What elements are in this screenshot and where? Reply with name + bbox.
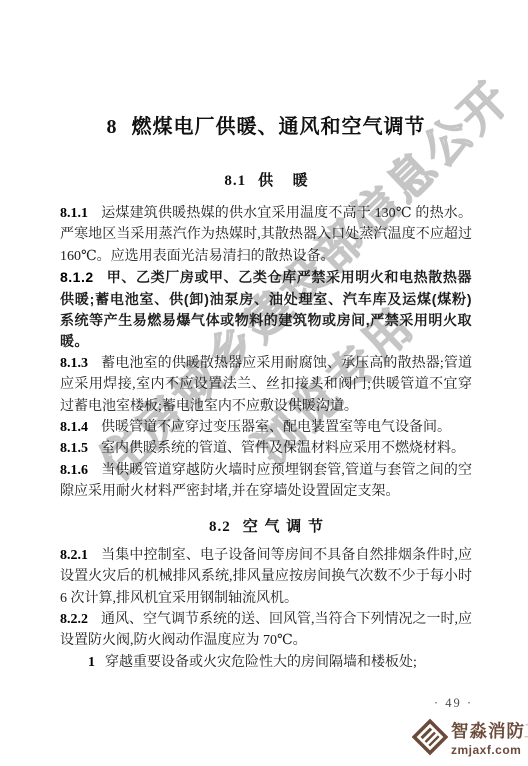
brand-name-strong: 智淼消防	[451, 721, 525, 741]
section-number: 8.1	[224, 173, 246, 189]
page-number: · 49 ·	[434, 696, 473, 711]
clause-text: 运煤建筑供暖热媒的供水宜采用温度不高于 130℃ 的热水。严寒地区当采用蒸汽作为…	[60, 206, 472, 264]
document-content: 8燃煤电厂供暖、通风和空气调节 8.1供暖 8.1.1运煤建筑供暖热媒的供水宜采…	[60, 0, 472, 673]
zmjaxf-diamond-icon	[412, 718, 448, 761]
clauses-8-2: 8.2.1当集中控制室、电子设备间等房间不具备自然排烟条件时,应设置火灾后的机械…	[60, 545, 472, 673]
clause-text: 室内供暖系统的管道、管件及保温材料应采用不燃烧材料。	[101, 441, 465, 456]
clause-number: 8.1.6	[60, 463, 88, 478]
clause-8-1-3: 8.1.3蓄电池室的供暖散热器应采用耐腐蚀、承压高的散热器;管道应采用焊接,室内…	[60, 353, 472, 417]
brand-text: 智淼消防工程 zmjaxf.com	[451, 722, 528, 756]
clause-8-1-6: 8.1.6当供暖管道穿越防火墙时应预埋钢套管,管道与套管之间的空隙应采用耐火材料…	[60, 460, 472, 503]
chapter-title: 燃煤电厂供暖、通风和空气调节	[132, 116, 426, 138]
clause-text: 当集中控制室、电子设备间等房间不具备自然排烟条件时,应设置火灾后的机械排风系统,…	[60, 548, 472, 606]
clause-8-2-2-item-1: 1穿越重要设备或火灾危险性大的房间隔墙和楼板处;	[60, 652, 472, 673]
clause-number: 8.1.2	[60, 269, 94, 285]
clause-text: 当供暖管道穿越防火墙时应预埋钢套管,管道与套管之间的空隙应采用耐火材料严密封堵,…	[60, 463, 472, 499]
clause-text: 通风、空气调节系统的送、回风管,当符合下列情况之一时,应设置防火阀,防火阀动作温…	[60, 612, 472, 648]
section-title: 供暖	[258, 173, 327, 189]
scanned-standard-page: { "chapter": { "num": "8", "title": "燃煤电…	[0, 0, 528, 766]
clause-number: 8.2.2	[60, 612, 88, 627]
section-title: 空气调节	[243, 519, 330, 535]
item-number: 1	[88, 655, 95, 670]
zmjaxf-logo: 智淼消防工程 zmjaxf.com	[412, 718, 528, 761]
clause-8-1-1: 8.1.1运煤建筑供暖热媒的供水宜采用温度不高于 130℃ 的热水。严寒地区当采…	[60, 203, 472, 267]
clause-text: 供暖管道不应穿过变压器室、配电装置室等电气设备间。	[101, 420, 451, 435]
brand-name-faint: 工程	[524, 721, 528, 741]
clause-number: 8.2.1	[60, 548, 88, 563]
chapter-heading: 8燃煤电厂供暖、通风和空气调节	[60, 110, 472, 139]
clause-number: 8.1.3	[60, 356, 88, 371]
clause-8-1-4: 8.1.4供暖管道不应穿过变压器室、配电装置室等电气设备间。	[60, 417, 472, 438]
section-heading-8-1: 8.1供暖	[60, 169, 472, 190]
section-heading-8-2: 8.2空气调节	[60, 515, 472, 536]
clause-8-1-5: 8.1.5室内供暖系统的管道、管件及保温材料应采用不燃烧材料。	[60, 438, 472, 459]
clauses-8-1: 8.1.1运煤建筑供暖热媒的供水宜采用温度不高于 130℃ 的热水。严寒地区当采…	[60, 203, 472, 503]
brand-url: zmjaxf.com	[451, 744, 528, 757]
clause-text: 蓄电池室的供暖散热器应采用耐腐蚀、承压高的散热器;管道应采用焊接,室内不应设置法…	[60, 356, 472, 414]
clause-8-1-2: 8.1.2甲、乙类厂房或甲、乙类仓库严禁采用明火和电热散热器供暖;蓄电池室、供(…	[60, 267, 472, 353]
brand-name: 智淼消防工程	[451, 722, 528, 741]
clause-number: 8.1.1	[60, 206, 88, 221]
item-text: 穿越重要设备或火灾危险性大的房间隔墙和楼板处;	[105, 655, 417, 670]
clause-number: 8.1.4	[60, 420, 88, 435]
clause-8-2-2: 8.2.2通风、空气调节系统的送、回风管,当符合下列情况之一时,应设置防火阀,防…	[60, 609, 472, 652]
clause-text: 甲、乙类厂房或甲、乙类仓库严禁采用明火和电热散热器供暖;蓄电池室、供(卸)油泵房…	[60, 269, 472, 349]
clause-8-2-1: 8.2.1当集中控制室、电子设备间等房间不具备自然排烟条件时,应设置火灾后的机械…	[60, 545, 472, 609]
section-number: 8.2	[209, 519, 231, 535]
chapter-number: 8	[107, 116, 118, 138]
clause-number: 8.1.5	[60, 441, 88, 456]
